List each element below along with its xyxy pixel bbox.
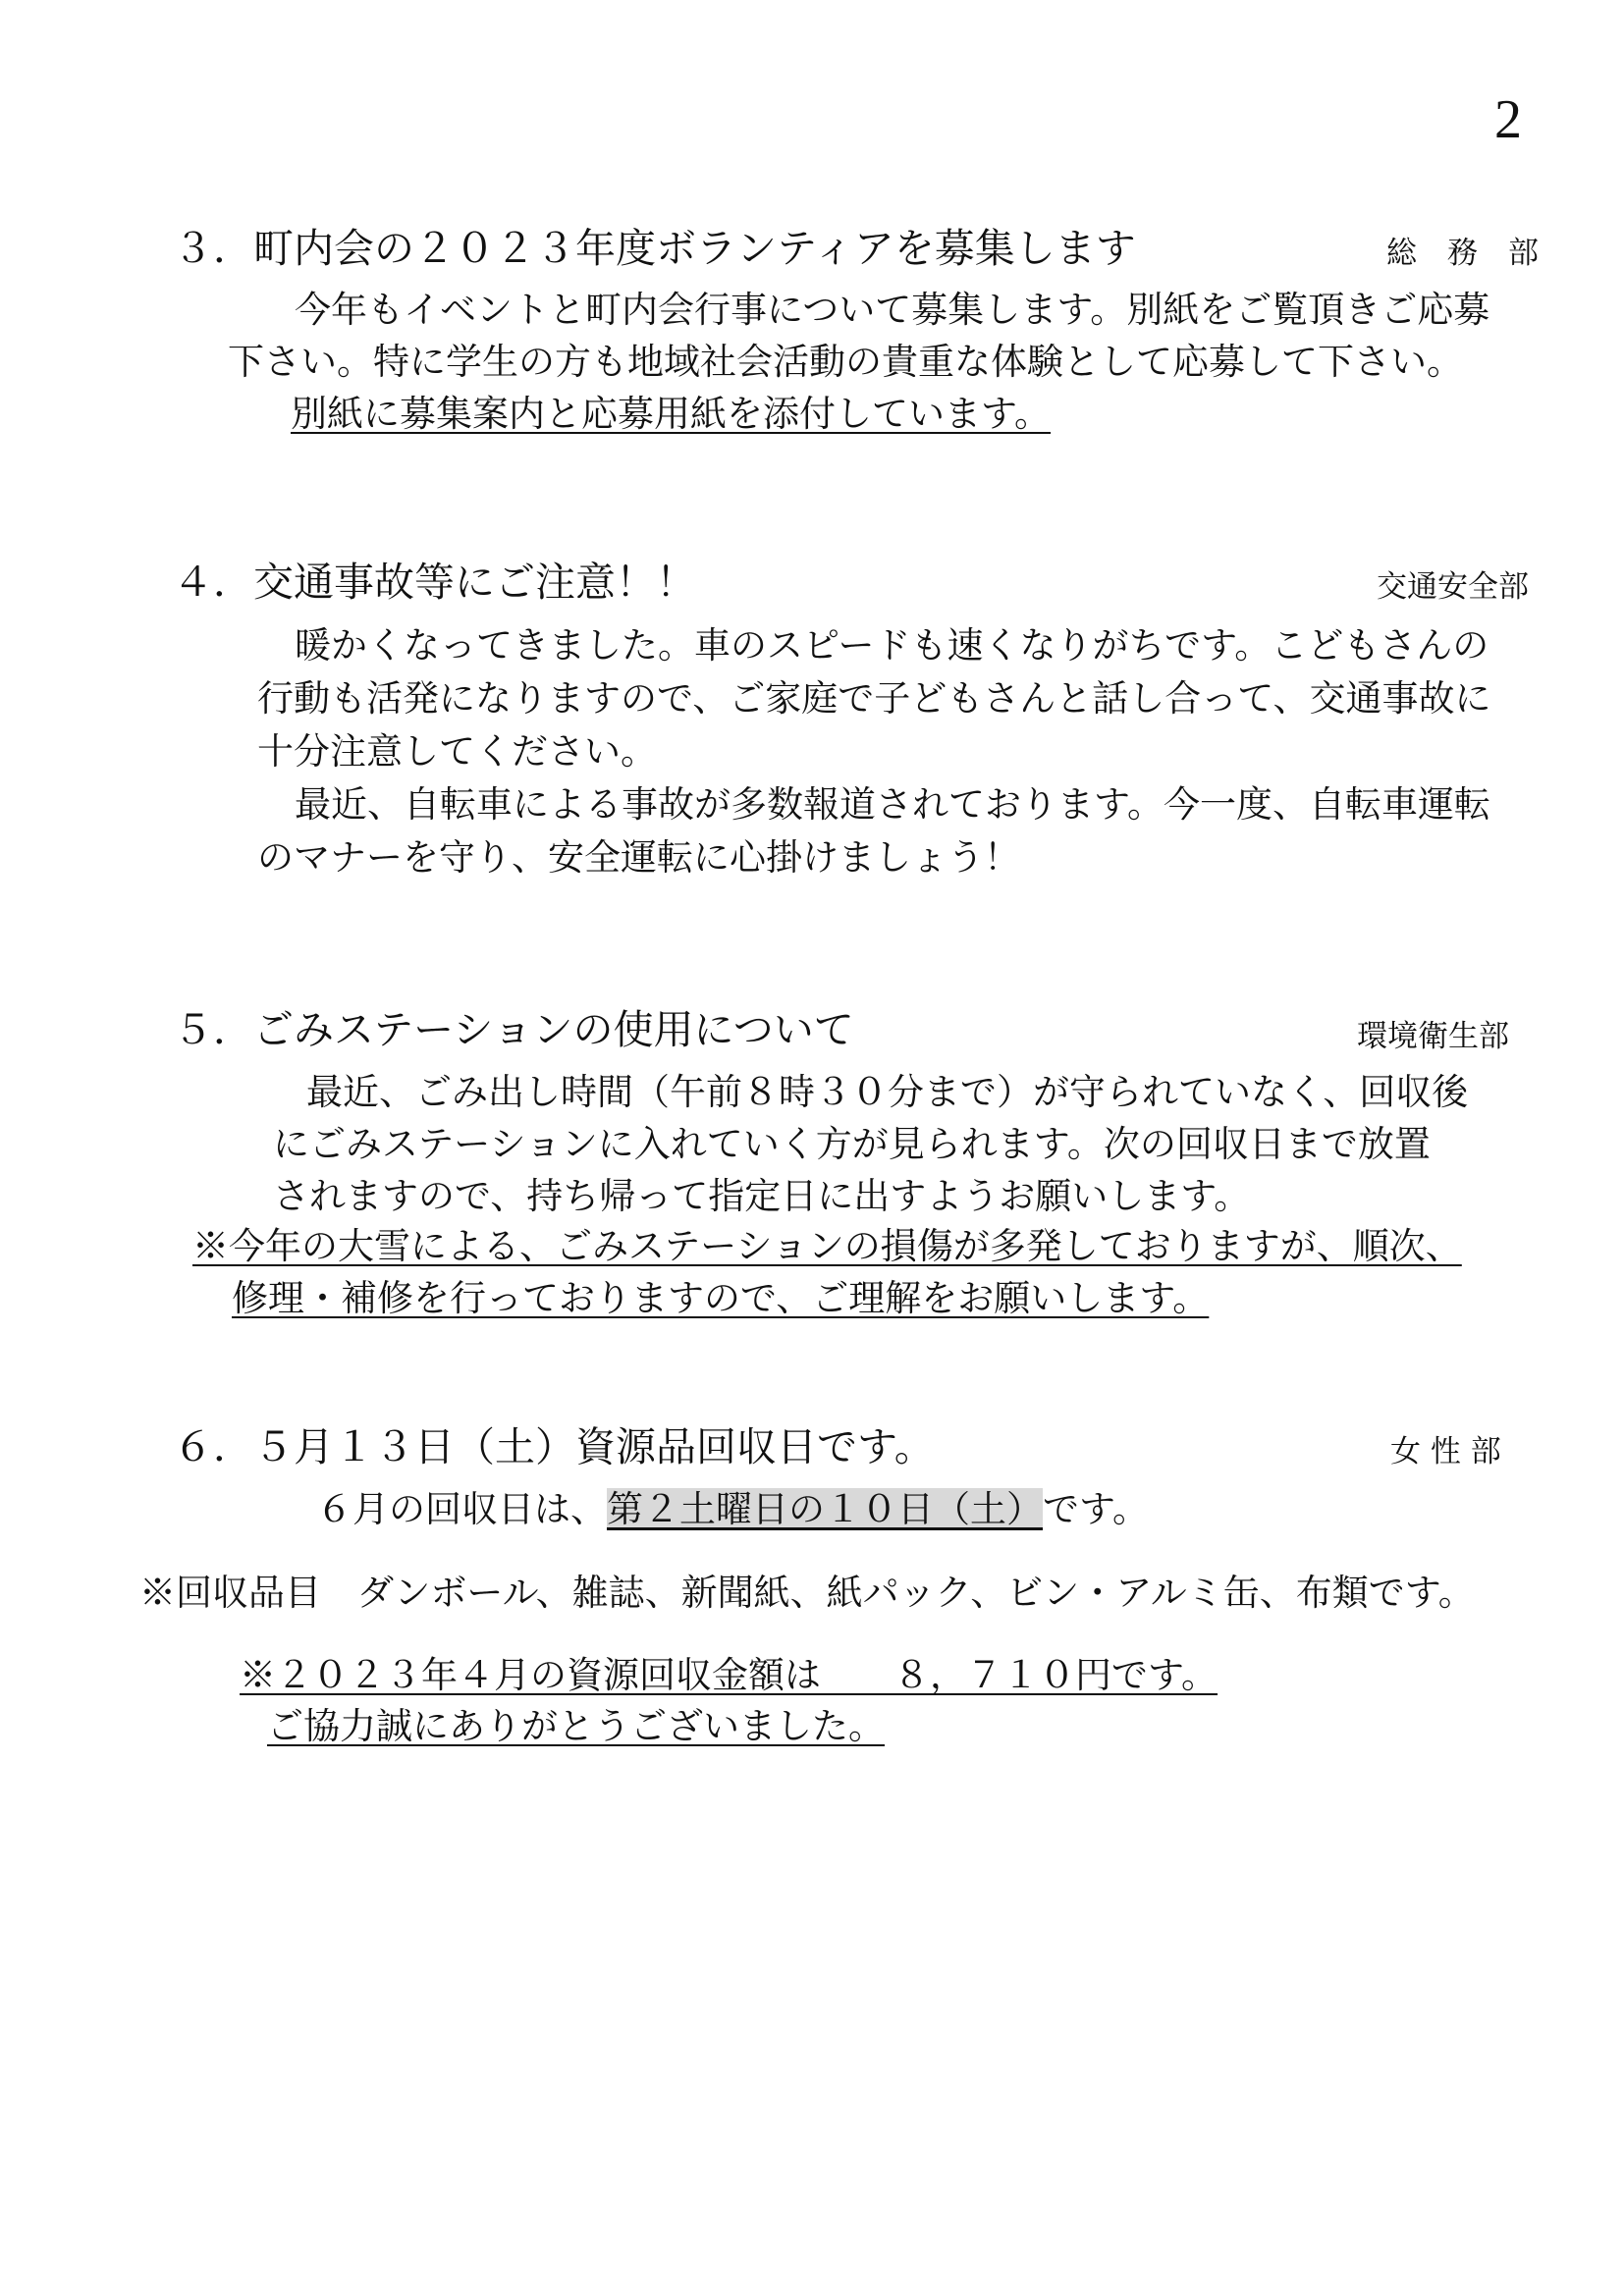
body-line: のマナーを守り、安全運転に心掛けましょう！ (257, 835, 1020, 881)
body-line: にごみステーションに入れていく方が見られます。次の回収日まで放置 (273, 1122, 1431, 1167)
body-line: 今年もイベントと町内会行事について募集します。別紙をご覧頂きご応募 (295, 288, 1489, 333)
section-heading: ４．交通事故等にご注意！！ (173, 558, 696, 607)
section-heading: ６．５月１３日（土）資源品回収日です。 (173, 1422, 935, 1471)
section-heading: ５．ごみステーションの使用について (173, 1005, 854, 1054)
june-prefix: ６月の回収日は、 (316, 1488, 607, 1530)
underlined-note: 別紙に募集案内と応募用紙を添付しています。 (291, 392, 1051, 437)
collection-amount-line: ※２０２３年４月の資源回収金額は ８，７１０円です。 (240, 1653, 1218, 1698)
underlined-note: 修理・補修を行っておりますので、ご理解をお願いします。 (232, 1276, 1209, 1321)
page-number: 2 (1494, 90, 1522, 149)
body-line: されますので、持ち帰って指定日に出すようお願いします。 (273, 1174, 1250, 1219)
collection-items-line: ※回収品目 ダンボール、雑誌、新聞紙、紙パック、ビン・アルミ缶、布類です。 (139, 1571, 1475, 1616)
june-suffix: です。 (1043, 1488, 1149, 1530)
body-line: 暖かくなってきました。車のスピードも速くなりがちです。こどもさんの (295, 623, 1489, 668)
department-label: 女 性 部 (1390, 1432, 1501, 1471)
body-line: 最近、自転車による事故が多数報道されております。今一度、自転車運転 (295, 782, 1490, 828)
body-line: 十分注意してください。 (257, 729, 657, 774)
department-label: 交通安全部 (1377, 567, 1529, 607)
department-label: 環境衛生部 (1357, 1017, 1509, 1056)
section-heading: ３．町内会の２０２３年度ボランティアを募集します (173, 224, 1136, 273)
underlined-note: ※今年の大雪による、ごみステーションの損傷が多発しておりますが、順次、 (192, 1224, 1462, 1269)
body-line: 行動も活発になりますので、ご家庭で子どもさんと話し合って、交通事故に (257, 676, 1491, 721)
june-collection-line: ６月の回収日は、第２土曜日の１０日（土）です。 (316, 1487, 1149, 1532)
june-date-highlight: 第２土曜日の１０日（土） (607, 1488, 1043, 1530)
thanks-line: ご協力誠にありがとうございました。 (267, 1704, 885, 1749)
body-line: 最近、ごみ出し時間（午前８時３０分まで）が守られていなく、回収後 (306, 1070, 1468, 1115)
body-line: 下さい。特に学生の方も地域社会活動の貴重な体験として応募して下さい。 (228, 340, 1463, 385)
department-label: 総 務 部 (1386, 234, 1539, 273)
